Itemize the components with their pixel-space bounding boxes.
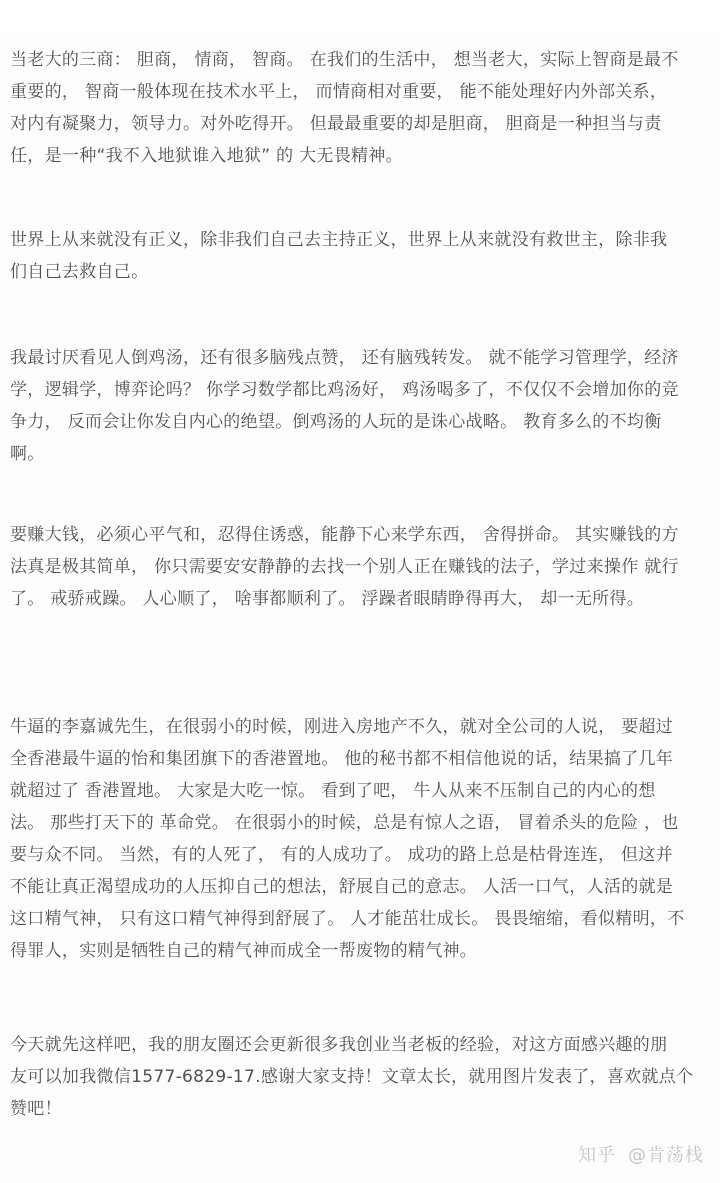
text-line: 们自己去救自己。 [10,256,712,288]
text-line: 了。 戒骄戒躁。 人心顺了， 啥事都顺利了。 浮躁者眼睛睁得再大， 却一无所得。 [10,583,712,615]
text-line: 这口精气神， 只有这口精气神得到舒展了。 人才能茁壮成长。 畏畏缩缩，看似精明，… [10,903,712,935]
text-line: 争力， 反而会让你发自内心的绝望。倒鸡汤的人玩的是诛心战略。 教育多么的不均衡 [10,406,712,438]
text-line: 法。 那些打天下的 革命党。 在很弱小的时候，总是有惊人之语， 冒着杀头的危险 … [10,807,712,839]
text-line: 得罪人，实则是牺牲自己的精气神而成全一帮废物的精气神。 [10,935,712,967]
paragraph-three-quotients: 当老大的三商： 胆商， 情商， 智商。 在我们的生活中， 想当老大，实际上智商是… [10,44,712,172]
paragraph-li-ka-shing: 牛逼的李嘉诚先生，在很弱小的时候，刚进入房地产不久，就对全公司的人说， 要超过 … [10,711,712,967]
text-line: 我最讨厌看见人倒鸡汤，还有很多脑残点赞， 还有脑残转发。 就不能学习管理学，经济 [10,342,712,374]
text-line: 啊。 [10,438,712,470]
text-line: 牛逼的李嘉诚先生，在很弱小的时候，刚进入房地产不久，就对全公司的人说， 要超过 [10,711,712,743]
text-line: 重要的， 智商一般体现在技术水平上， 而情商相对重要， 能不能处理好内外部关系， [10,76,712,108]
text-line: 友可以加我微信1577-6829-17.感谢大家支持！文章太长，就用图片发表了，… [10,1061,712,1093]
watermark-brand: 知乎 [578,1145,616,1166]
text-line: 今天就先这样吧，我的朋友圈还会更新很多我创业当老板的经验，对这方面感兴趣的朋 [10,1029,712,1061]
watermark-author: @肯荡栈 [628,1145,704,1166]
top-band [0,0,720,38]
text-line: 要与众不同。 当然，有的人死了， 有的人成功了。 成功的路上总是枯骨连连， 但这… [10,839,712,871]
text-line: 要赚大钱，必须心平气和，忍得住诱惑，能静下心来学东西， 舍得拼命。 其实赚钱的方 [10,519,712,551]
paragraph-chicken-soup: 我最讨厌看见人倒鸡汤，还有很多脑残点赞， 还有脑残转发。 就不能学习管理学，经济… [10,342,712,470]
text-line: 不能让真正渴望成功的人压抑自己的想法，舒展自己的意志。 人活一口气，人活的就是 [10,871,712,903]
text-line: 对内有凝聚力，领导力。对外吃得开。 但最最重要的却是胆商， 胆商是一种担当与责 [10,108,712,140]
text-line: 学，逻辑学，博弈论吗？ 你学习数学都比鸡汤好， 鸡汤喝多了，不仅仅不会增加你的竞 [10,374,712,406]
text-line: 当老大的三商： 胆商， 情商， 智商。 在我们的生活中， 想当老大，实际上智商是… [10,44,712,76]
zhihu-watermark: 知乎@肯荡栈 [578,1141,704,1167]
paragraph-justice: 世界上从来就没有正义，除非我们自己去主持正义，世界上从来就没有救世主，除非我 们… [10,224,712,288]
paragraph-closing: 今天就先这样吧，我的朋友圈还会更新很多我创业当老板的经验，对这方面感兴趣的朋 友… [10,1029,712,1125]
text-line: 赞吧！ [10,1093,712,1125]
text-line: 法真是极其简单， 你只需要安安静静的去找一个别人正在赚钱的法子，学过来操作 就行 [10,551,712,583]
paragraph-make-money: 要赚大钱，必须心平气和，忍得住诱惑，能静下心来学东西， 舍得拼命。 其实赚钱的方… [10,519,712,615]
text-line: 全香港最牛逼的怡和集团旗下的香港置地。 他的秘书都不相信他说的话，结果搞了几年 [10,743,712,775]
text-line: 世界上从来就没有正义，除非我们自己去主持正义，世界上从来就没有救世主，除非我 [10,224,712,256]
text-line: 任，是一种“我不入地狱谁入地狱” 的 大无畏精神。 [10,140,712,172]
text-line: 就超过了 香港置地。 大家是大吃一惊。 看到了吧， 牛人从来不压制自己的内心的想 [10,775,712,807]
